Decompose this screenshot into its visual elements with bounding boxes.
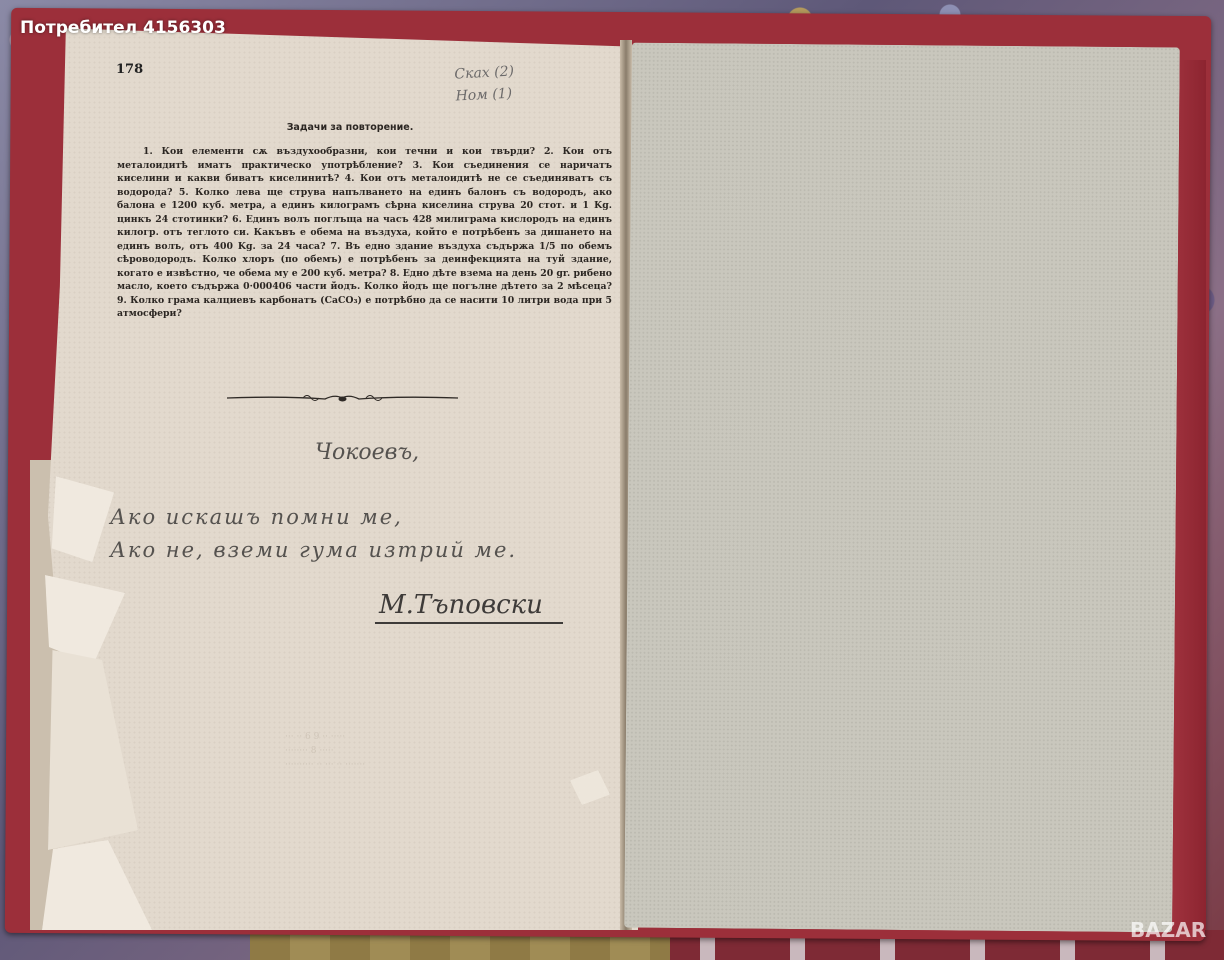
user-watermark: Потребител 4156303 <box>20 18 226 38</box>
pencil-annotation-line: Сках (2) <box>454 60 515 85</box>
site-watermark-logo: BAZAR <box>1130 918 1206 942</box>
faint-line: ·········· ·· ··· ·· ······· <box>285 758 585 772</box>
faint-line: ··· ·· 6 9 ·· ····· <box>285 730 585 744</box>
pencil-annotation: Сках (2) Ном (1) <box>454 60 516 107</box>
handwritten-signature: М.Тъповски <box>375 590 563 624</box>
faint-line: ········ 8 ····· <box>285 744 585 758</box>
right-page-blank-endpaper <box>624 43 1180 933</box>
handwritten-verse-line-1: Ако искашъ помни ме, <box>110 505 403 529</box>
handwritten-verse-line-2: Ако не, вземи гума изтрий ме. <box>110 538 517 562</box>
decorative-ornament-divider <box>225 390 460 406</box>
section-title: Задачи за повторение. <box>100 122 600 133</box>
pencil-annotation-line: Ном (1) <box>455 82 516 107</box>
review-problems-text: 1. Кои елементи сѫ въздухообразни, кои т… <box>117 145 612 321</box>
faint-bleedthrough-text: ··· ·· 6 9 ·· ····· ········ 8 ····· ···… <box>285 730 585 772</box>
problems-paragraph: 1. Кои елементи сѫ въздухообразни, кои т… <box>117 145 612 321</box>
page-number: 178 <box>116 62 143 77</box>
handwritten-name: Чокоевъ, <box>315 440 419 465</box>
